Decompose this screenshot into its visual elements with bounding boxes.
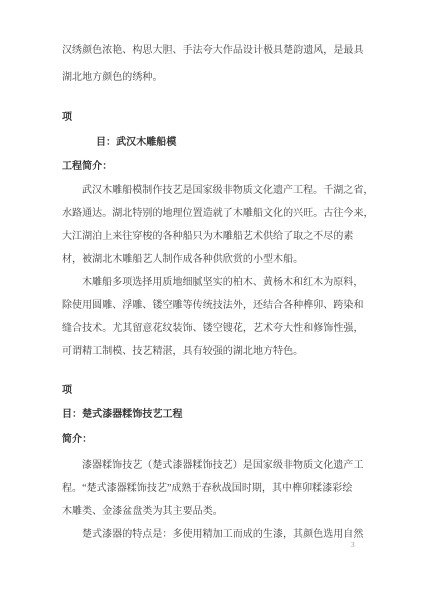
page-number: 3 xyxy=(351,541,355,549)
text-line: 程。“楚式漆器糅饰技艺”成熟于春秋战国时期，其中榫卯糅漆彩绘 xyxy=(62,482,352,496)
text-line: 木雕类、金漆盆盘类为其主要品类。 xyxy=(62,505,223,519)
text-line: 材，被湖北木雕船艺人制作成各种供欣赏的小型木船。 xyxy=(62,253,303,267)
text-line: 项 xyxy=(62,384,72,398)
text-line: 水路通达。湖北特别的地理位置造就了木雕船文化的兴旺。古往今来， xyxy=(62,207,374,221)
document-page: 汉绣颜色浓艳、构思大胆、手法夸大作品设计极具楚韵遗风，是最具湖北地方颜色的绣种。… xyxy=(0,0,424,600)
text-line: 目：武汉木雕船模 xyxy=(96,136,176,150)
text-line: 除使用圆雕、浮雕、镂空雕等传统技法外，还结合各种榫卯、跨染和 xyxy=(62,299,364,313)
text-line: 木雕船多项选择用质地细腻坚实的柏木、黄杨木和红木为原料， xyxy=(82,276,363,290)
text-line: 漆器糅饰技艺（楚式漆器糅饰技艺）是国家级非物质文化遗产工 xyxy=(82,459,363,473)
text-line: 可谓精工制模、技艺精湛，具有较强的湖北地方特色。 xyxy=(62,345,303,359)
text-line: 目：楚式漆器糅饰技艺工程 xyxy=(62,408,183,422)
text-line: 工程简介： xyxy=(62,160,112,174)
text-line: 武汉木雕船模制作技艺是国家级非物质文化遗产工程。千湖之省， xyxy=(82,184,373,198)
text-line: 湖北地方颜色的绣种。 xyxy=(62,71,163,85)
text-line: 简介： xyxy=(62,433,92,447)
text-line: 汉绣颜色浓艳、构思大胆、手法夸大作品设计极具楚韵遗风，是最具 xyxy=(62,44,364,58)
text-line: 缝合技术。尤其留意花纹装饰、镂空锼花，艺术夸大性和修饰性强， xyxy=(62,322,364,336)
text-line: 项 xyxy=(62,111,72,125)
text-line: 楚式漆器的特点是：多使用精加工而成的生漆，其颜色选用自然 xyxy=(82,528,363,542)
text-line: 大江湖泊上来往穿梭的各种船只为木雕船艺术供给了取之不尽的素 xyxy=(62,230,353,244)
